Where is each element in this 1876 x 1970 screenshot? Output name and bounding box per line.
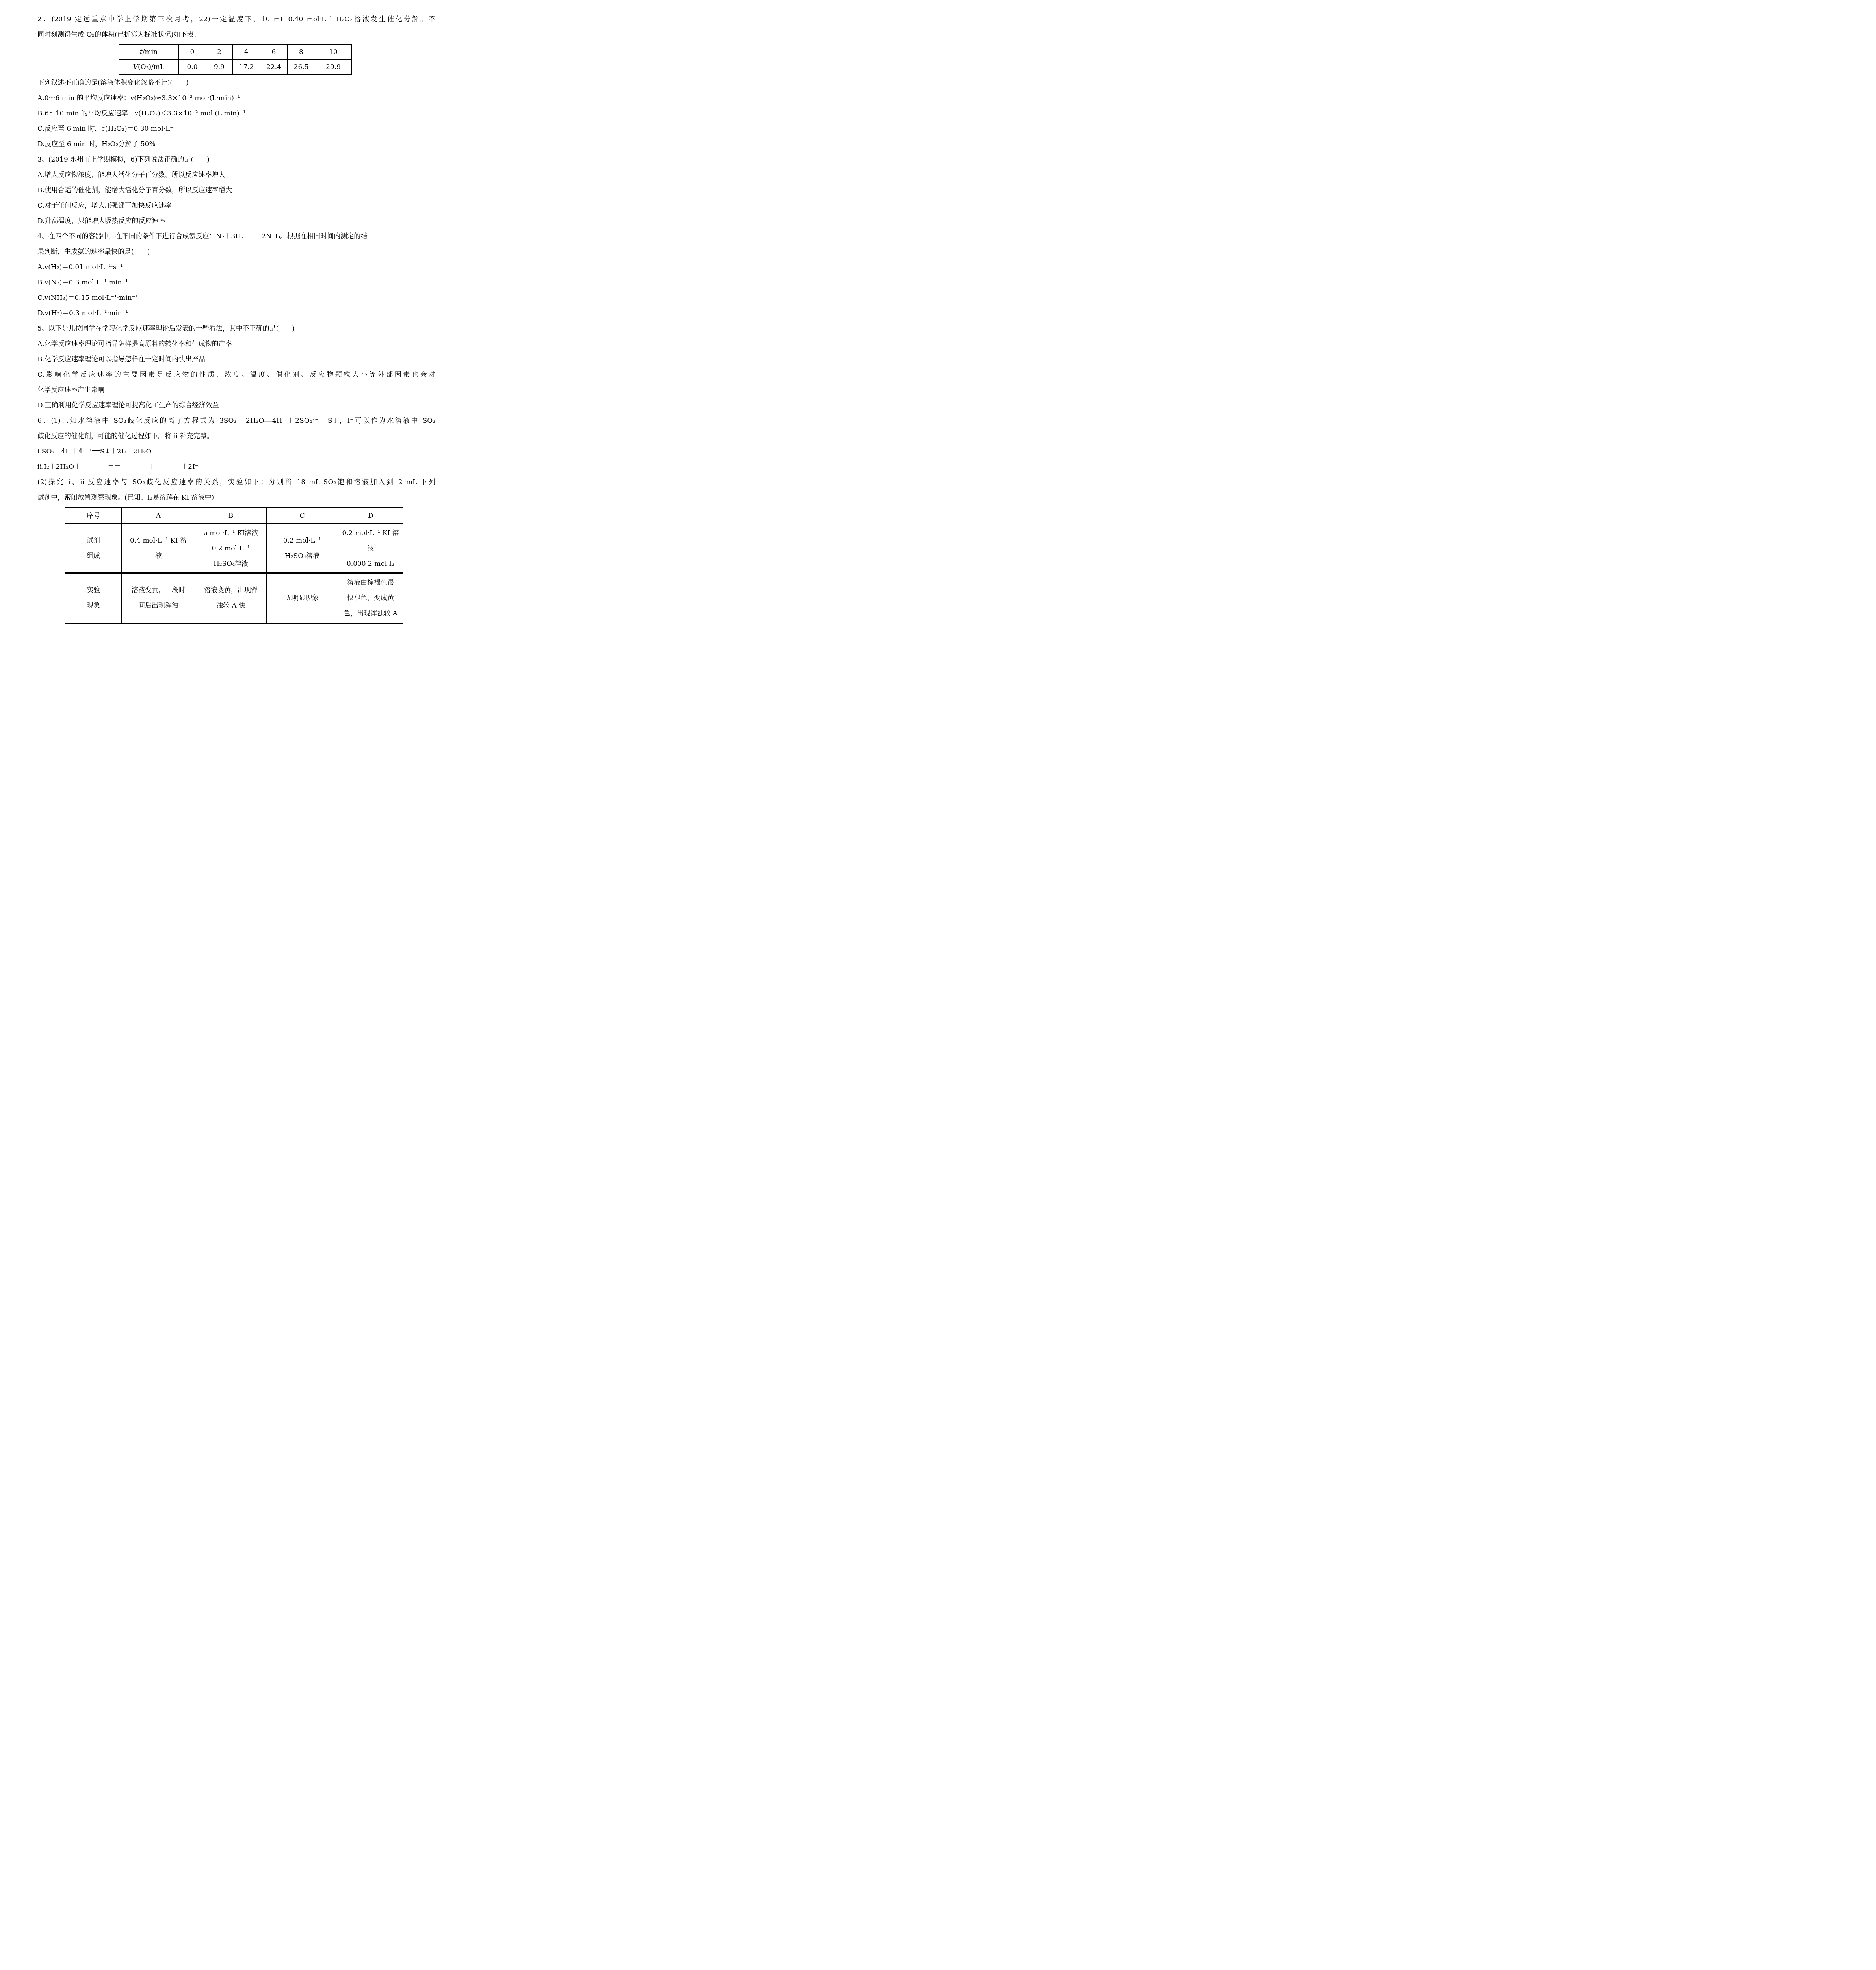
q4-option-d: D.v(H₂)＝0.3 mol·L⁻¹·min⁻¹ [37, 306, 435, 321]
table-cell: 6 [260, 45, 288, 60]
q4-stem-part-1: 4、在四个不同的容器中，在不同的条件下进行合成氨反应：N₂＋3H₂ [37, 229, 244, 244]
reagent-cell-a: 0.4 mol·L⁻¹ KI 溶 液 [122, 524, 195, 573]
q2-option-d: D.反应至 6 min 时，H₂O₂分解了 50% [37, 137, 435, 152]
q3-stem: 3、(2019 永州市上学期模拟，6)下列说法正确的是( ) [37, 152, 435, 167]
q6-part2-line-1: (2)探究 i、ii 反应速率与 SO₂歧化反应速率的关系，实验如下：分别将 1… [37, 475, 435, 490]
table-cell-time-label: t/min [119, 45, 179, 60]
table-cell: 29.9 [315, 59, 352, 75]
header-cell-a: A [122, 508, 195, 524]
variable-V: V [133, 63, 138, 71]
q4-stem-line-2: 果判断，生成氨的速率最快的是( ) [37, 244, 435, 260]
worksheet-page: 2、(2019 定远重点中学上学期第三次月考，22)一定温度下，10 mL 0.… [0, 0, 469, 663]
q2-stem-line-1: 2、(2019 定远重点中学上学期第三次月考，22)一定温度下，10 mL 0.… [37, 12, 435, 27]
q6-equation-ii-fill-blanks: ii.I₂＋2H₂O＋________＝＝________＋________＋2… [37, 459, 435, 475]
q2-option-b: B.6～10 min 的平均反应速率：v(H₂O₂)＜3.3×10⁻² mol·… [37, 106, 435, 121]
table-cell: 22.4 [260, 59, 288, 75]
o2-volume-table: t/min 0 2 4 6 8 10 V(O₂)/mL 0.0 9.9 17.2… [119, 44, 352, 75]
equilibrium-symbol-gap [244, 236, 262, 237]
variable-t: t [140, 48, 143, 56]
phenomenon-cell-a: 溶液变黄，一段时 间后出现浑浊 [122, 573, 195, 623]
q4-stem-line-1: 4、在四个不同的容器中，在不同的条件下进行合成氨反应：N₂＋3H₂ 2NH₃。根… [37, 229, 435, 244]
table-row: V(O₂)/mL 0.0 9.9 17.2 22.4 26.5 29.9 [119, 59, 352, 75]
table-cell: 2 [206, 45, 233, 60]
q5-option-b: B.化学反应速率理论可以指导怎样在一定时间内快出产品 [37, 352, 435, 367]
q6-part2-line-2: 试剂中，密闭放置观察现象。(已知：I₂易溶解在 KI 溶液中) [37, 490, 435, 506]
table-cell: 9.9 [206, 59, 233, 75]
time-unit-label: /min [143, 48, 158, 56]
table-cell: 10 [315, 45, 352, 60]
table-cell: 8 [288, 45, 315, 60]
phenomenon-cell-c: 无明显现象 [267, 573, 338, 623]
header-cell-d: D [338, 508, 403, 524]
table-row: t/min 0 2 4 6 8 10 [119, 45, 352, 60]
phenomenon-cell-b: 溶液变黄，出现浑 浊较 A 快 [195, 573, 267, 623]
reagent-row-label: 试剂 组成 [65, 524, 122, 573]
reagent-cell-b: a mol·L⁻¹ KI溶液 0.2 mol·L⁻¹ H₂SO₄溶液 [195, 524, 267, 573]
q5-option-d: D.正确利用化学反应速率理论可提高化工生产的综合经济效益 [37, 398, 435, 413]
reagent-row: 试剂 组成 0.4 mol·L⁻¹ KI 溶 液 a mol·L⁻¹ KI溶液 … [65, 524, 403, 573]
q3-option-c: C.对于任何反应，增大压强都可加快反应速率 [37, 198, 435, 214]
table-cell-volume-label: V(O₂)/mL [119, 59, 179, 75]
q6-equation-i: i.SO₂＋4I⁻＋4H⁺══S↓＋2I₂＋2H₂O [37, 444, 435, 459]
q2-option-a: A.0～6 min 的平均反应速率：v(H₂O₂)≈3.3×10⁻² mol·(… [37, 91, 435, 106]
q4-option-a: A.v(H₂)＝0.01 mol·L⁻¹·s⁻¹ [37, 260, 435, 275]
table-cell: 4 [233, 45, 260, 60]
q4-option-c: C.v(NH₃)＝0.15 mol·L⁻¹·min⁻¹ [37, 290, 435, 306]
header-cell-c: C [267, 508, 338, 524]
table-cell: 26.5 [288, 59, 315, 75]
reagent-cell-c: 0.2 mol·L⁻¹ H₂SO₄溶液 [267, 524, 338, 573]
volume-unit-label: (O₂)/mL [138, 63, 164, 71]
q3-option-d: D.升高温度，只能增大吸热反应的反应速率 [37, 214, 435, 229]
phenomenon-cell-d: 溶液由棕褐色很 快褪色，变成黄 色，出现浑浊较 A [338, 573, 403, 623]
q2-question-line: 下列叙述不正确的是(溶液体积变化忽略不计)( ) [37, 75, 435, 91]
experiment-table: 序号 A B C D 试剂 组成 0.4 mol·L⁻¹ KI 溶 液 a mo… [65, 507, 403, 624]
q3-option-b: B.使用合适的催化剂，能增大活化分子百分数，所以反应速率增大 [37, 183, 435, 198]
reagent-cell-d: 0.2 mol·L⁻¹ KI 溶 液 0.000 2 mol I₂ [338, 524, 403, 573]
q5-stem: 5、以下是几位同学在学习化学反应速率理论后发表的一些看法，其中不正确的是( ) [37, 321, 435, 336]
table-cell: 0 [179, 45, 206, 60]
table-cell: 0.0 [179, 59, 206, 75]
q3-option-a: A.增大反应物浓度，能增大活化分子百分数，所以反应速率增大 [37, 167, 435, 183]
experiment-table-header-row: 序号 A B C D [65, 508, 403, 524]
q4-option-b: B.v(N₂)＝0.3 mol·L⁻¹·min⁻¹ [37, 275, 435, 290]
q2-option-c: C.反应至 6 min 时，c(H₂O₂)＝0.30 mol·L⁻¹ [37, 121, 435, 137]
phenomenon-row-label: 实验 现象 [65, 573, 122, 623]
q5-option-a: A.化学反应速率理论可指导怎样提高原料的转化率和生成物的产率 [37, 336, 435, 352]
phenomenon-row: 实验 现象 溶液变黄，一段时 间后出现浑浊 溶液变黄，出现浑 浊较 A 快 无明… [65, 573, 403, 623]
q4-stem-part-2: 2NH₃。根据在相同时间内测定的结 [262, 229, 367, 244]
q6-part1-line-1: 6、(1)已知水溶液中 SO₂歧化反应的离子方程式为 3SO₂＋2H₂O══4H… [37, 413, 435, 429]
table-cell: 17.2 [233, 59, 260, 75]
q2-stem-line-2: 同时刻测得生成 O₂的体积(已折算为标准状况)如下表： [37, 27, 435, 43]
q6-part1-line-2: 歧化反应的催化剂，可能的催化过程如下。将 ii 补充完整。 [37, 429, 435, 444]
header-cell-b: B [195, 508, 267, 524]
q5-option-c-line-2: 化学反应速率产生影响 [37, 383, 435, 398]
header-cell-index: 序号 [65, 508, 122, 524]
q5-option-c-line-1: C.影响化学反应速率的主要因素是反应物的性质，浓度、温度、催化剂、反应物颗粒大小… [37, 367, 435, 383]
